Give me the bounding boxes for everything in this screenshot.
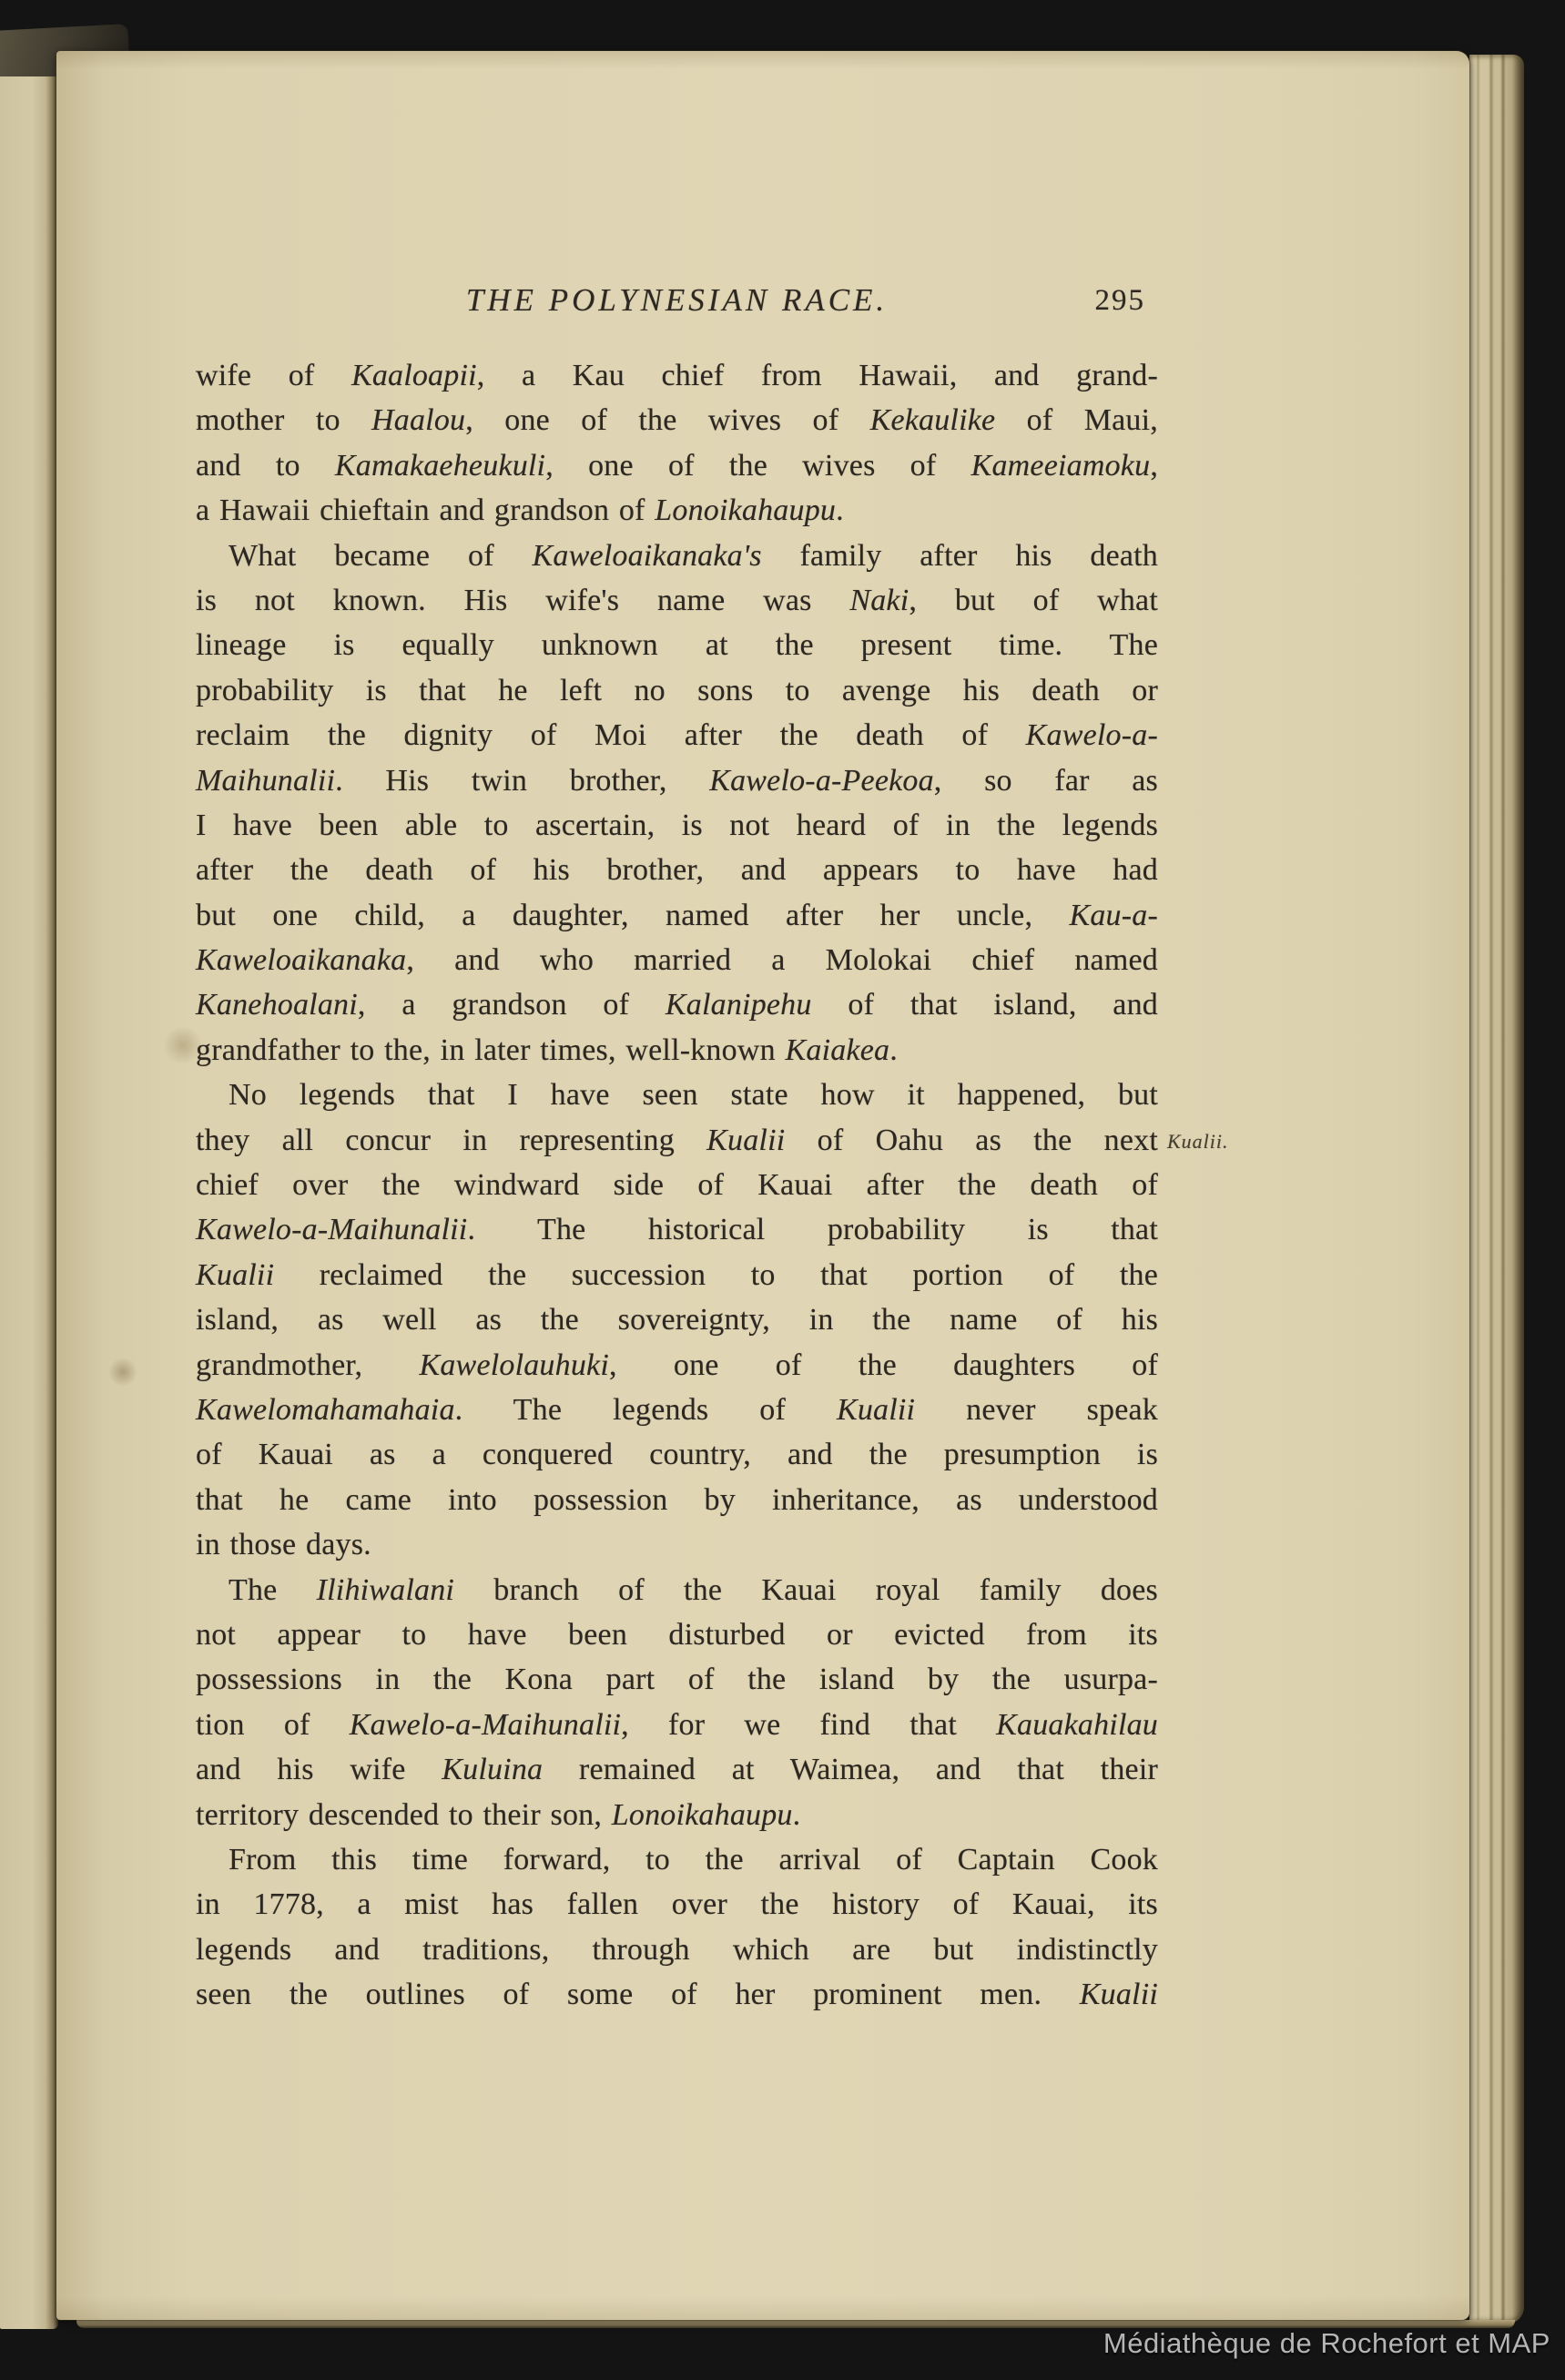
- page-stack-edges: [1469, 55, 1524, 2324]
- text-line: legends and traditions, through which ar…: [196, 1927, 1158, 1972]
- text-block: wife of Kaaloapii, a Kau chief from Hawa…: [196, 353, 1158, 2017]
- text-line: Kanehoalani, a grandson of Kalanipehu of…: [196, 982, 1158, 1027]
- document-scan: THE POLYNESIAN RACE. 295 wife of Kaaloap…: [0, 0, 1565, 2380]
- text-line: chief over the windward side of Kauai af…: [196, 1163, 1158, 1207]
- text-line: tion of Kawelo-a-Maihunalii, for we find…: [196, 1703, 1158, 1747]
- running-title: THE POLYNESIAN RACE.: [196, 282, 1158, 319]
- text-line: No legends that I have seen state how it…: [196, 1073, 1158, 1117]
- text-line: grandfather to the, in later times, well…: [196, 1028, 1158, 1073]
- text-line: The Ilihiwalani branch of the Kauai roya…: [196, 1568, 1158, 1612]
- book-page: THE POLYNESIAN RACE. 295 wife of Kaaloap…: [56, 51, 1469, 2320]
- book-gutter-pages: [0, 76, 58, 2329]
- text-line: after the death of his brother, and appe…: [196, 848, 1158, 892]
- text-line: and his wife Kuluina remained at Waimea,…: [196, 1747, 1158, 1792]
- text-line: Kawelomahamahaia. The legends of Kualii …: [196, 1388, 1158, 1432]
- text-line: lineage is equally unknown at the presen…: [196, 623, 1158, 667]
- text-line: possessions in the Kona part of the isla…: [196, 1657, 1158, 1702]
- text-line: seen the outlines of some of her promine…: [196, 1972, 1158, 2017]
- text-line: a Hawaii chieftain and grandson of Lonoi…: [196, 488, 1158, 533]
- text-line: that he came into possession by inherita…: [196, 1478, 1158, 1522]
- text-line: Maihunalii. His twin brother, Kawelo-a-P…: [196, 758, 1158, 803]
- text-line: not appear to have been disturbed or evi…: [196, 1612, 1158, 1657]
- text-line: and to Kamakaeheukuli, one of the wives …: [196, 443, 1158, 488]
- text-line: in 1778, a mist has fallen over the hist…: [196, 1882, 1158, 1927]
- text-line: I have been able to ascertain, is not he…: [196, 803, 1158, 848]
- text-line: What became of Kaweloaikanaka's family a…: [196, 534, 1158, 578]
- text-line: but one child, a daughter, named after h…: [196, 893, 1158, 938]
- text-line: is not known. His wife's name was Naki, …: [196, 578, 1158, 623]
- text-line: wife of Kaaloapii, a Kau chief from Hawa…: [196, 353, 1158, 398]
- text-line: From this time forward, to the arrival o…: [196, 1837, 1158, 1882]
- watermark-text: Médiathèque de Rochefort et MAP: [1103, 2327, 1550, 2360]
- text-line: probability is that he left no sons to a…: [196, 668, 1158, 713]
- text-line: reclaim the dignity of Moi after the dea…: [196, 713, 1158, 758]
- text-line: they all concur in representing Kualii o…: [196, 1118, 1158, 1163]
- page-number: 295: [1095, 284, 1146, 318]
- text-line: in those days.: [196, 1522, 1158, 1567]
- text-line: Kualii reclaimed the succession to that …: [196, 1253, 1158, 1297]
- text-line: Kaweloaikanaka, and who married a Moloka…: [196, 938, 1158, 982]
- text-line: territory descended to their son, Lonoik…: [196, 1793, 1158, 1837]
- text-line: of Kauai as a conquered country, and the…: [196, 1432, 1158, 1477]
- margin-note: Kualii.: [1167, 1130, 1229, 1154]
- text-line: mother to Haalou, one of the wives of Ke…: [196, 398, 1158, 442]
- page-header: THE POLYNESIAN RACE. 295: [196, 282, 1158, 326]
- text-line: Kawelo-a-Maihunalii. The historical prob…: [196, 1207, 1158, 1252]
- text-line: grandmother, Kawelolauhuki, one of the d…: [196, 1343, 1158, 1388]
- text-line: island, as well as the sovereignty, in t…: [196, 1297, 1158, 1342]
